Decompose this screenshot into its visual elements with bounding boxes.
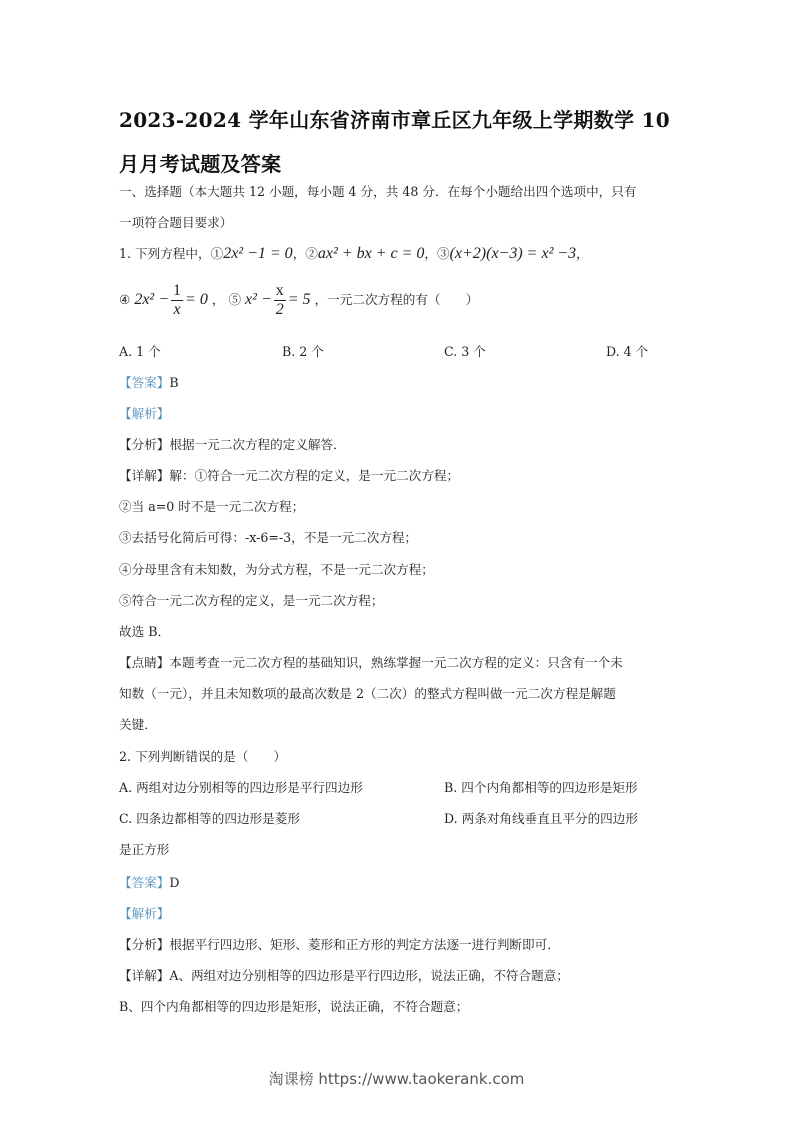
q1-equation-3: (x+2)(x−3) = x² −3 [450,245,577,262]
q1-option-c: C. 3 个 [444,341,486,360]
q1-option-d: D. 4 个 [606,341,648,360]
q1-xiangjie: 【详解】解：①符合一元二次方程的定义，是一元二次方程； [119,465,459,484]
q1-xiangjie-line: ④分母里含有未知数，为分式方程，不是一元二次方程； [119,559,434,578]
q2-option-a: A. 两组对边分别相等的四边形是平行四边形 [119,777,363,796]
q1-xiangjie-line: 故选 B． [119,621,170,640]
q2-option-c: C. 四条边都相等的四边形是菱形 [119,808,300,827]
q2-option-d-wrap: 是正方形 [119,839,169,858]
q1-stem-cont: ④ 2x² −1x= 0 ， ⑤ x² −x2= 5 ，一元二次方程的有（ ） [119,282,478,319]
q2-fenxi: 【分析】根据平行四边形、矩形、菱形和正方形的判定方法逐一进行判断即可． [119,934,560,953]
q2-analysis-label: 【解析】 [119,903,169,922]
section-intro-cont: 一项符合题目要求） [119,212,232,231]
q1-dianjing-line: 知数（一元），并且未知数项的最高次数是 2（二次）的整式方程叫做一元二次方程是解… [119,683,616,702]
document-title-line-2: 月月考试题及答案 [119,148,281,177]
q1-xiangjie-line: ③去括号化简后可得：-x-6=-3，不是一元二次方程； [119,527,417,546]
q1-option-b: B. 2 个 [282,341,324,360]
q2-option-b: B. 四个内角都相等的四边形是矩形 [444,777,638,796]
q1-equation-1: 2x² −1 = 0 [223,245,293,262]
q1-option-a: A. 1 个 [119,341,161,360]
q2-xiangjie: 【详解】A、两组对边分别相等的四边形是平行四边形，说法正确，不符合题意； [119,965,569,984]
q1-analysis-label: 【解析】 [119,403,169,422]
q1-equation-2: ax² + bx + c = 0 [318,245,425,262]
q1-answer: 【答案】B [119,372,179,391]
document-title-line-1: 2023-2024 学年山东省济南市章丘区九年级上学期数学 10 [119,104,670,133]
q1-xiangjie-line: ⑤符合一元二次方程的定义，是一元二次方程； [119,590,383,609]
q1-equation-4: 2x² −1x= 0 [134,291,208,308]
q1-dianjing: 【点睛】本题考查一元二次方程的基础知识，熟练掌握一元二次方程的定义：只含有一个未 [119,652,623,671]
q1-equation-5: x² −x2= 5 [245,291,311,308]
section-intro: 一、选择题（本大题共 12 小题，每小题 4 分，共 48 分．在每个小题给出四… [119,181,636,200]
q1-xiangjie-line: ②当 a=0 时不是一元二次方程； [119,496,304,515]
q1-fenxi: 【分析】根据一元二次方程的定义解答． [119,434,346,453]
document-page: 2023-2024 学年山东省济南市章丘区九年级上学期数学 10 月月考试题及答… [0,0,793,1122]
q2-option-d: D. 两条对角线垂直且平分的四边形 [444,808,638,827]
watermark-footer: 淘课榜 https://www.taokerank.com [0,1068,793,1089]
q2-answer: 【答案】D [119,872,179,891]
q2-xiangjie-line: B、四个内角都相等的四边形是矩形，说法正确，不符合题意； [119,996,468,1015]
q1-dianjing-line: 关键． [119,714,157,733]
q2-stem: 2. 下列判断错误的是（ ） [119,746,286,765]
q1-stem: 1. 下列方程中，①2x² −1 = 0，②ax² + bx + c = 0，③… [119,243,589,263]
